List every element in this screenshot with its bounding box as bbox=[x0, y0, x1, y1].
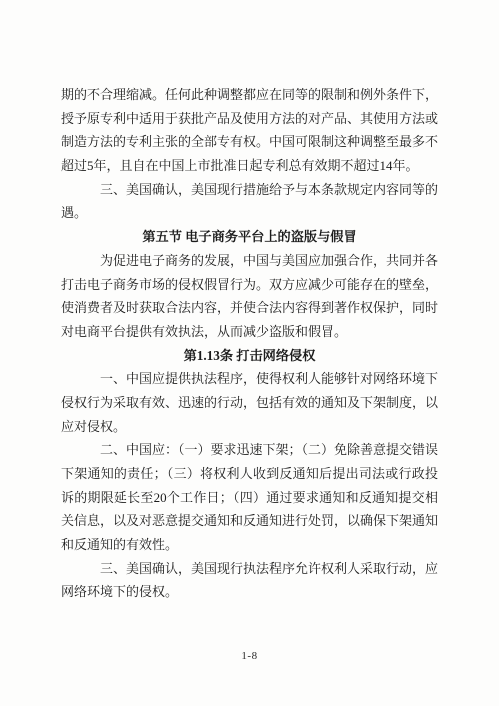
text-line: 遇。 bbox=[61, 201, 438, 225]
text-line: 一、中国应提供执法程序，使得权利人能够针对网络环境下的 bbox=[61, 367, 438, 391]
text-line: 制造方法的专利主张的全部专有权。中国可限制这种调整至最多不 bbox=[61, 130, 438, 154]
text-line: 使消费者及时获取合法内容，并使合法内容得到著作权保护，同时， bbox=[61, 296, 438, 320]
text-line: 诉的期限延长至20个工作日；（四）通过要求通知和反通知提交相 bbox=[61, 486, 438, 510]
section-5-heading: 第五节 电子商务平台上的盗版与假冒 bbox=[61, 225, 438, 249]
page-number: 1-8 bbox=[0, 650, 499, 662]
text-line: 关信息，以及对恶意提交通知和反通知进行处罚，以确保下架通知 bbox=[61, 509, 438, 533]
text-line: 打击电子商务市场的侵权假冒行为。双方应减少可能存在的壁垒， bbox=[61, 273, 438, 297]
text-line: 三、美国确认，美国现行措施给予与本条款规定内容同等的待 bbox=[61, 178, 438, 202]
text-line: 授予原专利中适用于获批产品及使用方法的对产品、其使用方法或 bbox=[61, 107, 438, 131]
text-line: 下架通知的责任；（三）将权利人收到反通知后提出司法或行政投 bbox=[61, 462, 438, 486]
document-page: 期的不合理缩减。任何此种调整都应在同等的限制和例外条件下， 授予原专利中适用于获… bbox=[0, 0, 499, 706]
text-line: 超过5年，且自在中国上市批准日起专利总有效期不超过14年。 bbox=[61, 154, 438, 178]
document-body: 期的不合理缩减。任何此种调整都应在同等的限制和例外条件下， 授予原专利中适用于获… bbox=[0, 0, 499, 604]
text-line: 应对侵权。 bbox=[61, 415, 438, 439]
text-line: 为促进电子商务的发展，中国与美国应加强合作，共同并各自 bbox=[61, 249, 438, 273]
text-line: 侵权行为采取有效、迅速的行动，包括有效的通知及下架制度，以 bbox=[61, 391, 438, 415]
text-line: 和反通知的有效性。 bbox=[61, 533, 438, 557]
text-line: 期的不合理缩减。任何此种调整都应在同等的限制和例外条件下， bbox=[61, 83, 438, 107]
text-line: 对电商平台提供有效执法，从而减少盗版和假冒。 bbox=[61, 320, 438, 344]
text-line: 网络环境下的侵权。 bbox=[61, 580, 438, 604]
article-1-13-heading: 第1.13条 打击网络侵权 bbox=[61, 344, 438, 368]
text-line: 二、中国应：（一）要求迅速下架；（二）免除善意提交错误 bbox=[61, 438, 438, 462]
text-line: 三、美国确认，美国现行执法程序允许权利人采取行动，应对 bbox=[61, 557, 438, 581]
